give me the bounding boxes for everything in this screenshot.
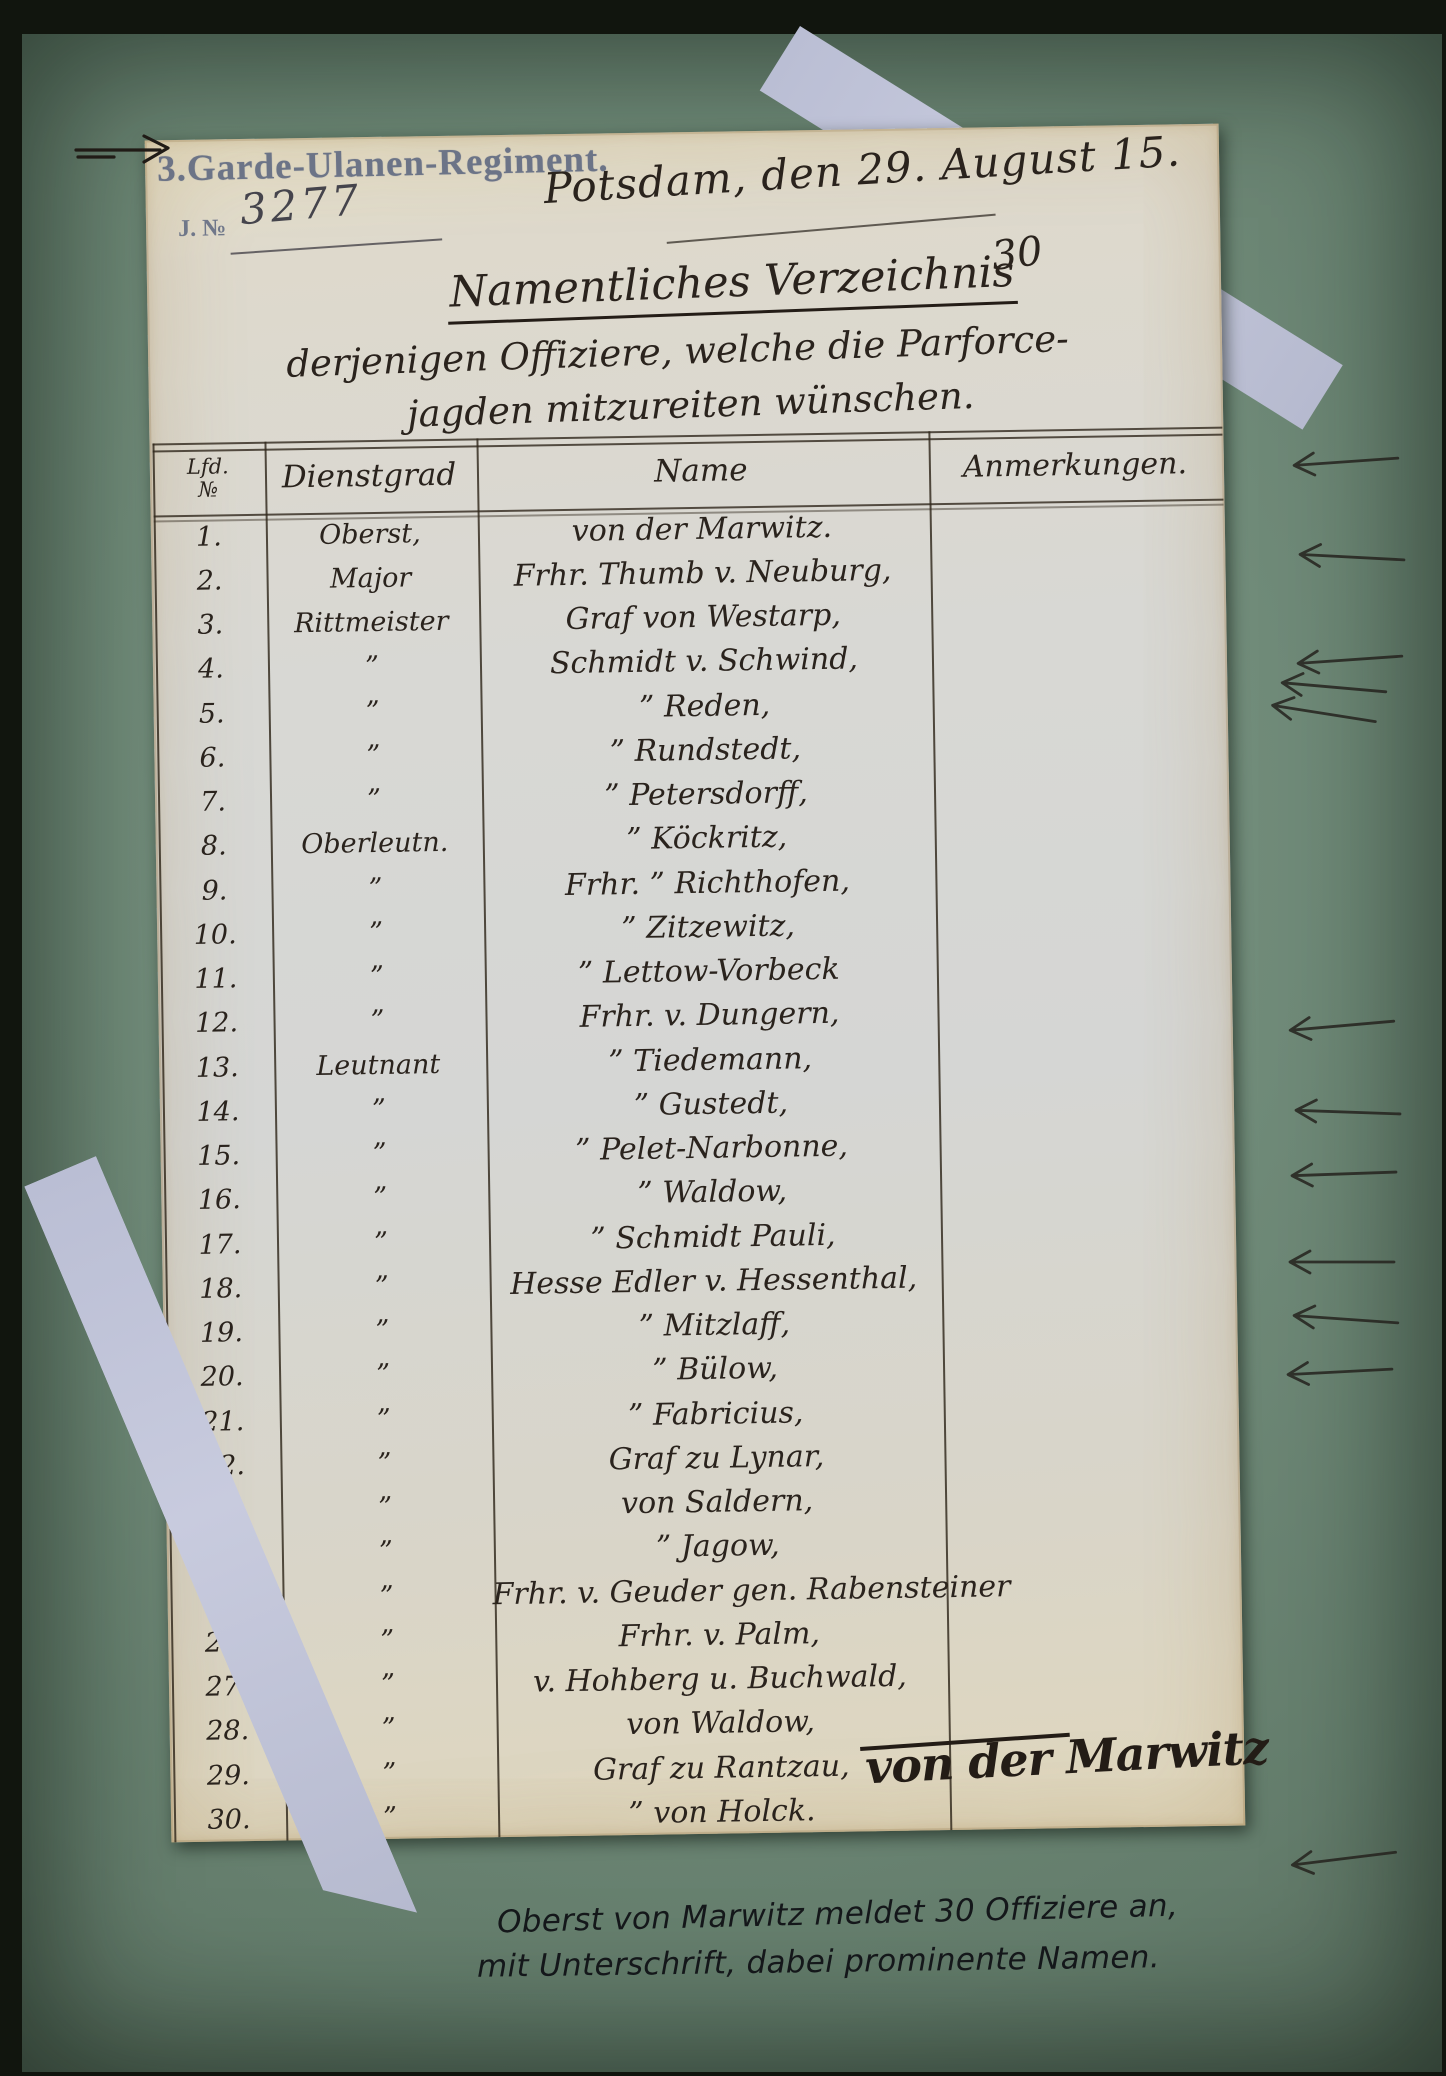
row-number: 1.	[154, 520, 264, 553]
row-number: 4.	[156, 653, 266, 686]
row-name: Graf zu Lynar,	[490, 1437, 942, 1479]
row-remarks	[942, 1406, 1238, 1411]
row-number: 7.	[158, 786, 268, 819]
row-number: 6.	[157, 742, 267, 775]
row-remarks	[945, 1627, 1241, 1632]
officer-table: Lfd. № Dienstgrad Name Anmerkungen. 1.Ob…	[152, 427, 1244, 1843]
row-name: ” Schmidt Pauli,	[487, 1216, 939, 1258]
left-arrow-mark-icon	[1281, 1156, 1400, 1192]
journal-number-label: J. №	[178, 215, 227, 243]
row-number: 19.	[166, 1317, 276, 1350]
row-number: 11.	[161, 963, 271, 996]
row-remarks	[930, 653, 1226, 658]
row-rank: ”	[274, 1181, 486, 1215]
date-underline-flourish	[667, 214, 996, 244]
stamp-pointer-arrow-icon	[74, 126, 186, 174]
row-remarks	[937, 1096, 1233, 1101]
row-rank: ”	[278, 1446, 490, 1480]
journal-number-value: 3277	[238, 175, 365, 234]
row-rank: Major	[264, 561, 476, 595]
row-remarks	[938, 1184, 1234, 1189]
row-name: ” Jagow,	[492, 1526, 944, 1568]
row-number: 18.	[166, 1273, 276, 1306]
row-remarks	[947, 1715, 1243, 1720]
row-remarks	[941, 1361, 1237, 1366]
left-arrow-mark-icon	[1280, 1246, 1398, 1278]
row-number: 3.	[155, 609, 265, 642]
row-rank: Leutnant	[272, 1048, 484, 1082]
row-number: 17.	[165, 1228, 275, 1261]
row-remarks	[935, 1007, 1231, 1012]
row-name: Frhr. v. Palm,	[493, 1614, 945, 1656]
row-name: Frhr. v. Geuder gen. Rabensteiner	[492, 1570, 944, 1612]
left-arrow-mark-icon	[1289, 538, 1409, 576]
row-rank: ”	[273, 1092, 485, 1126]
row-remarks	[936, 1052, 1232, 1057]
row-remarks	[942, 1450, 1238, 1455]
row-remarks	[940, 1273, 1236, 1278]
row-remarks	[939, 1229, 1235, 1234]
row-name: Hesse Edler v. Hessenthal,	[487, 1260, 939, 1302]
row-name: Frhr. ” Richthofen,	[481, 862, 933, 904]
row-number: 13.	[162, 1051, 272, 1084]
row-remarks	[931, 698, 1227, 703]
row-rank: ”	[270, 915, 482, 949]
column-header-remarks: Anmerkungen.	[927, 445, 1224, 485]
row-name: ” Zitzewitz,	[482, 906, 934, 948]
row-name: von Waldow,	[494, 1703, 946, 1745]
row-rank: ”	[269, 871, 481, 905]
row-name: ” Köckritz,	[480, 818, 932, 860]
column-header-rank: Dienstgrad	[263, 456, 476, 495]
row-number: 29.	[173, 1759, 283, 1792]
row-rank: ”	[275, 1225, 487, 1259]
row-name: Graf von Westarp,	[477, 596, 929, 638]
row-remarks	[934, 919, 1230, 924]
row-rank: ”	[278, 1402, 490, 1436]
row-number: 8.	[159, 830, 269, 863]
row-remarks	[935, 963, 1231, 968]
row-remarks	[928, 521, 1224, 526]
row-name: Frhr. Thumb v. Neuburg,	[476, 552, 928, 594]
regiment-stamp: 3.Garde-Ulanen-Regiment.	[157, 138, 609, 191]
row-remarks	[933, 830, 1229, 835]
row-number: 10.	[160, 919, 270, 952]
row-remarks	[931, 742, 1227, 747]
row-remarks	[932, 786, 1228, 791]
row-remarks	[929, 609, 1225, 614]
row-rank: Oberleutn.	[269, 827, 481, 861]
row-number: 5.	[156, 697, 266, 730]
row-number: 12.	[161, 1007, 271, 1040]
document-paper: 3.Garde-Ulanen-Regiment. J. № 3277 Potsd…	[145, 124, 1246, 1843]
row-rank: ”	[279, 1490, 491, 1524]
row-name: ” Reden,	[478, 685, 930, 727]
row-rank: Oberst,	[264, 517, 476, 551]
row-remarks	[944, 1538, 1240, 1543]
column-header-number: Lfd. №	[153, 455, 264, 503]
row-rank: ”	[266, 650, 478, 684]
column-header-number-top: Lfd.	[153, 455, 263, 480]
row-rank: ”	[271, 1004, 483, 1038]
row-remarks	[938, 1140, 1234, 1145]
row-name: ” Bülow,	[489, 1349, 941, 1391]
row-name: ” Petersdorff,	[480, 773, 932, 815]
row-rank: ”	[267, 738, 479, 772]
row-rank: ”	[281, 1623, 493, 1657]
row-rank: ”	[276, 1313, 488, 1347]
row-name: ” Rundstedt,	[479, 729, 931, 771]
row-name: ” von Holck.	[496, 1791, 948, 1833]
row-name: ” Pelet-Narbonne,	[485, 1127, 937, 1169]
row-remarks	[943, 1494, 1239, 1499]
column-header-name: Name	[475, 449, 928, 492]
row-rank: ”	[277, 1358, 489, 1392]
row-name: ” Fabricius,	[490, 1393, 942, 1435]
document-title: Namentliches Verzeichnis	[446, 247, 1018, 325]
row-number: 2.	[154, 565, 264, 598]
row-rank: ”	[268, 782, 480, 816]
row-remarks	[940, 1317, 1236, 1322]
row-rank: ”	[266, 694, 478, 728]
row-name: ” Lettow-Vorbeck	[483, 950, 935, 992]
document-subtitle-line2: jagden mitzureiten wünschen.	[406, 376, 897, 435]
row-rank: ”	[271, 959, 483, 993]
row-name: v. Hohberg u. Buchwald,	[494, 1658, 946, 1700]
place-date: Potsdam, den 29. August 15.	[542, 126, 1182, 213]
row-number: 16.	[164, 1184, 274, 1217]
row-name: von Saldern,	[491, 1481, 943, 1523]
left-arrow-mark-icon	[1277, 1353, 1397, 1391]
row-number: 15.	[163, 1140, 273, 1173]
row-name: ” Waldow,	[486, 1172, 938, 1214]
row-remarks	[929, 565, 1225, 570]
row-name: ” Mitzlaff,	[488, 1304, 940, 1346]
row-name: ” Gustedt,	[485, 1083, 937, 1125]
row-remarks	[946, 1671, 1242, 1676]
row-name: Schmidt v. Schwind,	[478, 641, 930, 683]
row-rank: ”	[273, 1136, 485, 1170]
row-remarks	[948, 1804, 1244, 1809]
row-remarks	[933, 875, 1229, 880]
row-rank: ”	[280, 1579, 492, 1613]
left-arrow-mark-icon	[1285, 1094, 1404, 1130]
row-number: 14.	[163, 1096, 273, 1129]
row-name: ” Tiedemann,	[484, 1039, 936, 1081]
row-rank: ”	[280, 1535, 492, 1569]
row-rank: ”	[275, 1269, 487, 1303]
column-header-number-bottom: №	[153, 478, 263, 503]
row-name: Frhr. v. Dungern,	[483, 995, 935, 1037]
row-number: 9.	[159, 874, 269, 907]
row-number: 30.	[174, 1803, 284, 1836]
row-rank: Rittmeister	[265, 606, 477, 640]
journal-number-underline	[231, 238, 443, 254]
journal-number-block: J. № 3277	[177, 186, 438, 260]
table-body: 1.Oberst,von der Marwitz.2.MajorFrhr. Th…	[154, 499, 1245, 1843]
